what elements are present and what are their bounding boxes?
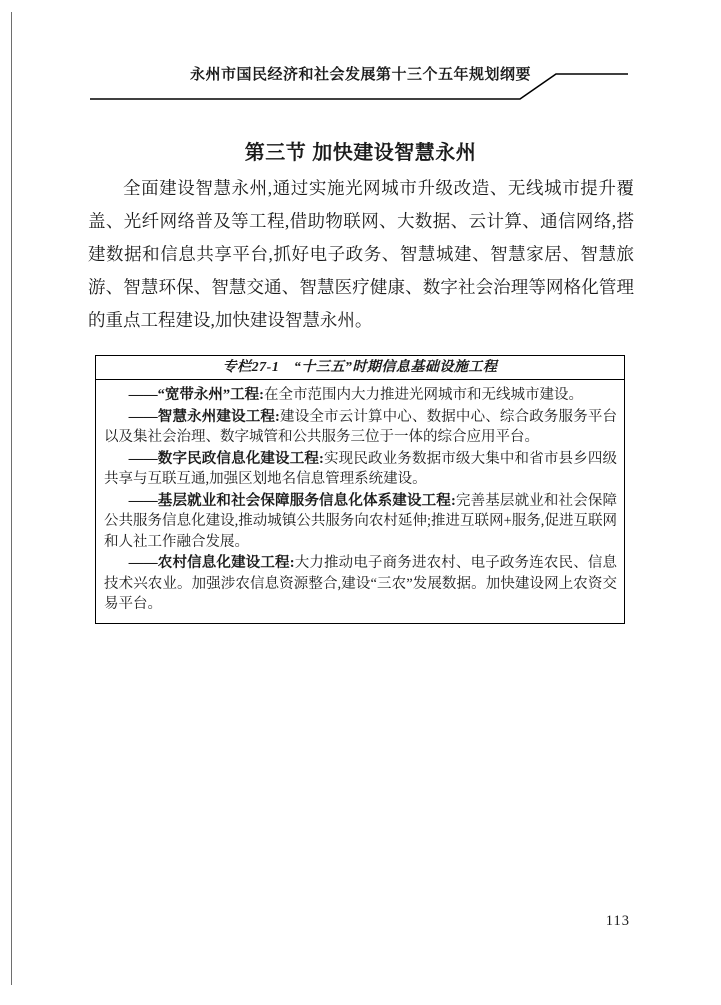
infobox-title: 专栏27-1 “十三五”时期信息基础设施工程 [96,356,624,380]
infobox-item-lead: ——智慧永州建设工程: [129,409,280,425]
infobox-item-text: 在全市范围内大力推进光网城市和无线城市建设。 [264,387,583,403]
infobox-body: ——“宽带永州”工程:在全市范围内大力推进光网城市和无线城市建设。 ——智慧永州… [96,380,624,623]
header-rule-decoration [0,62,721,104]
page-number: 113 [0,913,630,930]
body-paragraph: 全面建设智慧永州,通过实施光网城市升级改造、无线城市提升覆盖、光纤网络普及等工程… [88,172,634,337]
infobox-item: ——农村信息化建设工程:大力推动电子商务进农村、电子政务连农民、信息技术兴农业。… [104,553,617,615]
section-title: 第三节 加快建设智慧永州 [0,136,721,165]
document-page: 永州市国民经济和社会发展第十三个五年规划纲要 第三节 加快建设智慧永州 全面建设… [0,0,721,1005]
infobox-item-lead: ——农村信息化建设工程: [129,555,295,571]
infobox-item: ——智慧永州建设工程:建设全市云计算中心、数据中心、综合政务服务平台以及集社会治… [104,407,617,448]
infobox-item: ——基层就业和社会保障服务信息化体系建设工程:完善基层就业和社会保障公共服务信息… [104,491,617,553]
infobox-item: ——“宽带永州”工程:在全市范围内大力推进光网城市和无线城市建设。 [104,385,617,406]
infobox-item-lead: ——基层就业和社会保障服务信息化体系建设工程: [129,493,456,509]
infobox-item-lead: ——数字民政信息化建设工程: [129,451,324,467]
infobox-item-lead: ——“宽带永州”工程: [129,387,264,403]
infobox-item: ——数字民政信息化建设工程:实现民政业务数据市级大集中和省市县乡四级共享与互联互… [104,449,617,490]
infobox-column-27-1: 专栏27-1 “十三五”时期信息基础设施工程 ——“宽带永州”工程:在全市范围内… [95,355,625,624]
